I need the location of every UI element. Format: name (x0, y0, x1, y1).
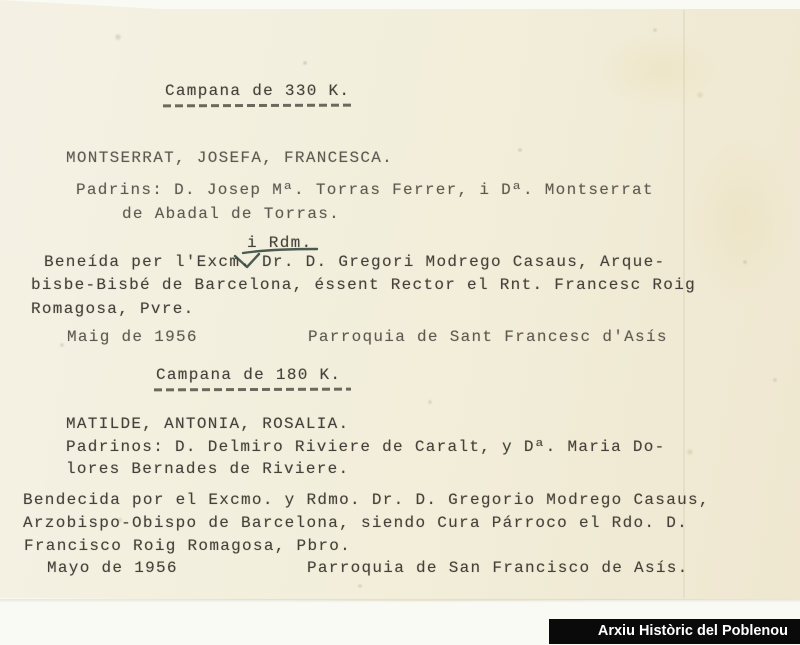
bell2-title: Campana de 180 K. (156, 365, 341, 385)
bell1-parish: Parroquia de Sant Francesc d'Asís (308, 327, 668, 347)
paper-bottom-edge-shadow (0, 599, 800, 603)
bell1-godparents-line1: Padrins: D. Josep Mª. Torras Ferrer, i D… (76, 180, 654, 200)
bell2-blessing-line3: Francisco Roig Romagosa, Pbro. (24, 536, 351, 556)
bell2-godparents-line2: lores Bernades de Riviere. (66, 459, 349, 479)
bell2-date: Mayo de 1956 (47, 558, 178, 578)
bell1-date: Maig de 1956 (67, 327, 198, 347)
bell2-blessing-line2: Arzobispo-Obispo de Barcelona, siendo Cu… (23, 513, 688, 533)
bell1-title: Campana de 330 K. (165, 81, 350, 101)
archive-watermark-banner: Arxiu Històric del Poblenou (549, 619, 800, 644)
bell2-names: MATILDE, ANTONIA, ROSALIA. (66, 414, 349, 434)
bell2-blessing-line1: Bendecida por el Excmo. y Rdmo. Dr. D. G… (23, 490, 710, 510)
bell1-blessing-line1: Beneída per l'Excm. Dr. D. Gregori Modre… (44, 252, 665, 272)
bell1-blessing-line2: bisbe-Bisbé de Barcelona, éssent Rector … (31, 275, 696, 295)
bell2-parish: Parroquia de San Francisco de Asís. (307, 558, 689, 578)
bell2-godparents-line1: Padrinos: D. Delmiro Riviere de Caralt, … (66, 437, 666, 457)
bell1-names: MONTSERRAT, JOSEFA, FRANCESCA. (66, 148, 393, 168)
bell1-blessing-line3: Romagosa, Pvre. (31, 299, 195, 319)
bell1-godparents-line2: de Abadal de Torras. (122, 204, 340, 224)
